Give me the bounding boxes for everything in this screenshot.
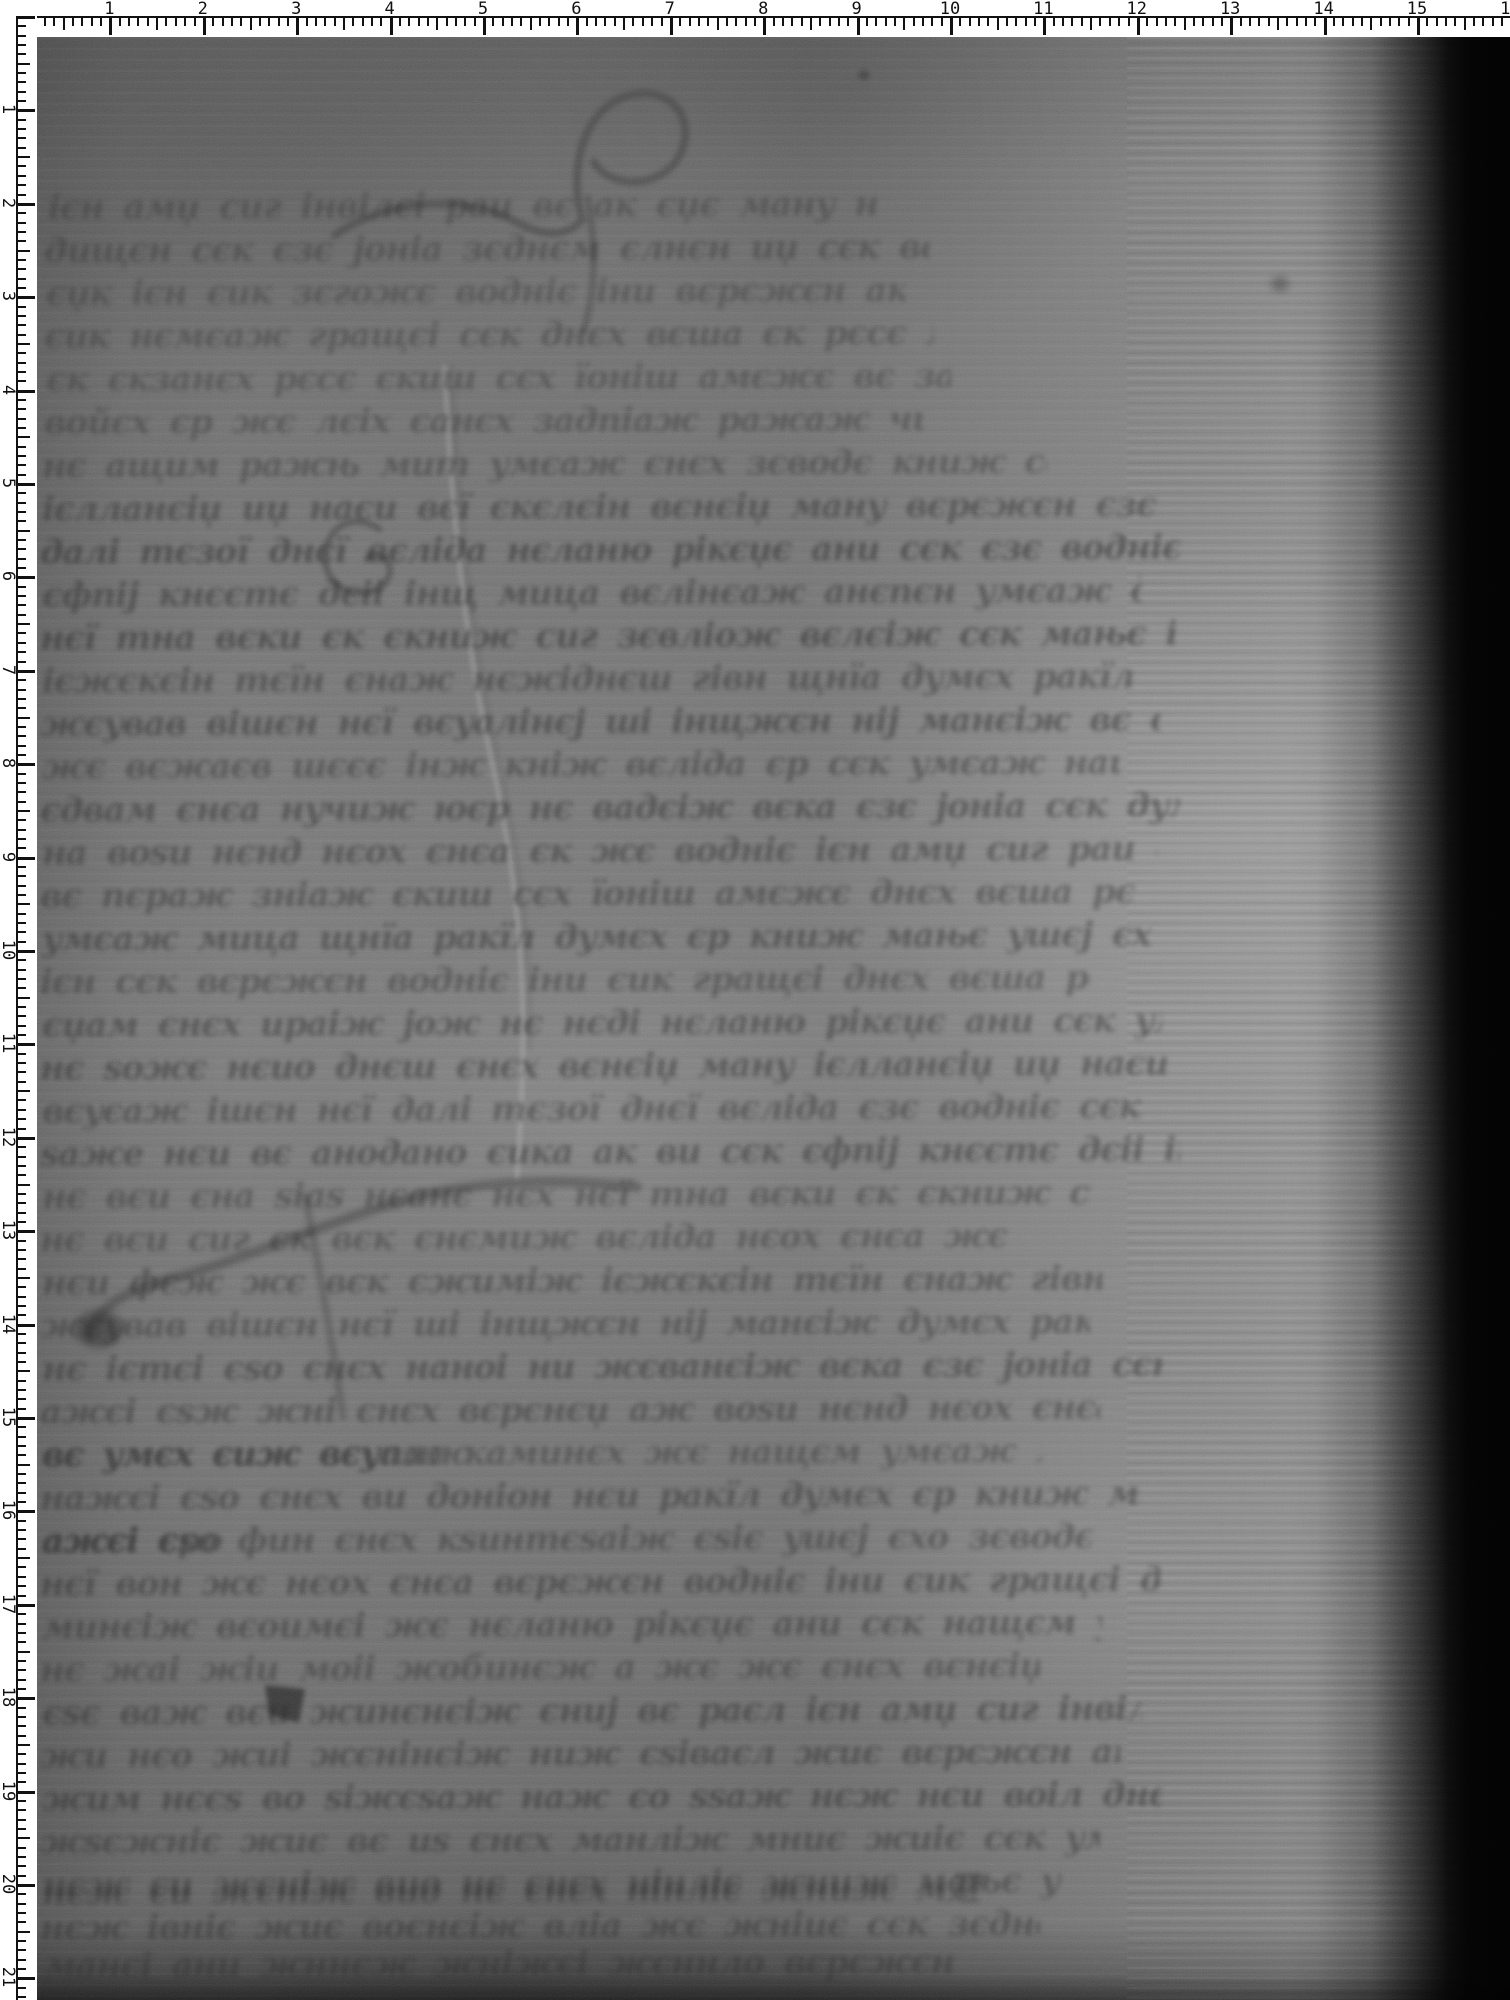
ruler-top-tick	[726, 18, 728, 26]
ruler-top-tick	[1137, 18, 1140, 35]
ruler-left-tick	[18, 1753, 26, 1755]
ruler-left-tick	[18, 1258, 26, 1260]
ruler-left-tick	[18, 1791, 35, 1794]
ruler-left-tick	[18, 520, 26, 522]
ruler-left-tick	[18, 399, 26, 401]
ruler-left-tick	[18, 1165, 26, 1167]
ruler-top-tick	[315, 18, 317, 26]
ruler-top-tick	[1492, 18, 1494, 26]
ruler-top-tick	[119, 18, 121, 26]
ruler-top-tick	[763, 18, 766, 35]
ruler-left-tick	[18, 25, 26, 27]
ruler-top-tick	[1249, 18, 1251, 26]
ruler-left-number: 2	[0, 192, 18, 214]
ruler-left-tick	[18, 427, 26, 429]
ruler-left-tick	[18, 1865, 26, 1867]
ruler-left-tick	[18, 1510, 35, 1513]
ruler-left-tick	[18, 595, 26, 597]
ruler-top-tick	[427, 18, 429, 26]
ruler-top-tick	[1305, 18, 1307, 26]
ruler-top-tick	[745, 18, 747, 26]
ruler-top-tick	[408, 18, 410, 26]
ruler-left-tick	[18, 1809, 26, 1811]
ruler-left-tick	[18, 1819, 26, 1821]
ruler-left-tick	[18, 464, 26, 466]
ruler-top-tick	[1099, 18, 1101, 26]
ruler-top-tick	[1090, 18, 1092, 30]
ruler-top-tick	[567, 18, 569, 26]
ruler-left-tick	[18, 576, 35, 579]
ruler-top-tick	[268, 18, 270, 26]
ruler-left-tick	[18, 1389, 26, 1391]
ruler-top-tick	[1296, 18, 1298, 26]
ruler-left-tick	[18, 651, 26, 653]
ruler-top-number: 16	[1500, 0, 1510, 19]
ruler-left-tick	[18, 408, 26, 410]
ruler-left-tick	[18, 1679, 26, 1681]
ruler-top-tick	[1156, 18, 1158, 26]
ruler-left-tick	[18, 1137, 35, 1140]
ruler-top-tick	[661, 18, 663, 26]
ruler-left-tick	[18, 1604, 35, 1607]
ruler-left-tick	[18, 1015, 26, 1017]
ruler-top-tick	[978, 18, 980, 26]
ruler-left-tick	[18, 1240, 26, 1242]
ruler-left-tick	[18, 1324, 35, 1327]
ruler-left-tick	[18, 1193, 26, 1195]
ruler-left-tick	[18, 1109, 26, 1111]
ruler-top-tick	[819, 18, 821, 26]
ruler-left-tick	[18, 203, 35, 206]
ruler-left-tick	[18, 586, 26, 588]
ruler-top-tick	[642, 18, 644, 26]
ruler-top-number: 15	[1407, 0, 1427, 19]
ruler-left-number: 11	[0, 1032, 18, 1054]
ruler-top-tick	[913, 18, 915, 26]
ruler-left-tick	[18, 717, 30, 719]
ruler-left-tick	[18, 315, 26, 317]
ruler-left-tick	[18, 1697, 35, 1700]
ruler-top-tick	[455, 18, 457, 26]
ruler-top-tick	[1128, 18, 1130, 26]
ruler-top-tick	[1221, 18, 1223, 26]
ruler-left-tick	[18, 1623, 26, 1625]
ruler-left-tick	[18, 1632, 26, 1634]
ruler-left-tick	[18, 1352, 26, 1354]
ruler-left-tick	[18, 735, 26, 737]
ruler-top-tick	[109, 18, 112, 35]
ruler-left-number: 1	[0, 98, 18, 120]
ruler-top-tick	[595, 18, 597, 26]
ruler-top-tick	[203, 18, 206, 35]
ruler-top-tick	[651, 18, 653, 26]
ruler-left-tick	[18, 1847, 26, 1849]
ruler-top-tick	[418, 18, 420, 26]
ruler-top-tick	[511, 18, 513, 26]
ruler-top-tick	[1408, 18, 1410, 26]
ruler-top-number: 7	[665, 0, 675, 19]
ruler-left-tick	[18, 931, 26, 933]
ruler-left-tick	[18, 1641, 26, 1643]
ruler-left-tick	[18, 1716, 26, 1718]
ruler-left-tick	[18, 16, 35, 19]
ruler-top-tick	[1398, 18, 1400, 26]
ruler-left-tick	[18, 1828, 26, 1830]
ruler-left-tick	[18, 642, 26, 644]
ruler-top-tick	[1043, 18, 1046, 35]
ruler-left-tick	[18, 390, 35, 393]
ruler-top-number: 12	[1127, 0, 1147, 19]
ruler-top-tick	[614, 18, 616, 26]
ruler-left-tick	[18, 670, 35, 673]
ruler-top-tick	[399, 18, 401, 26]
ruler-left-tick	[18, 1417, 35, 1420]
ruler-left-tick	[18, 1772, 26, 1774]
ruler-top-tick	[1212, 18, 1214, 26]
ruler-left-number: 21	[0, 1966, 18, 1988]
ruler-top-tick	[1454, 18, 1456, 26]
ruler-left-tick	[18, 1781, 26, 1783]
ruler-top-tick	[1230, 18, 1233, 35]
ruler-top-tick	[922, 18, 924, 26]
ruler-top-tick	[604, 18, 606, 26]
ruler-left-tick	[18, 222, 26, 224]
ruler-left-tick	[18, 334, 26, 336]
ruler-top-tick	[548, 18, 550, 26]
ruler-left-tick	[18, 1053, 26, 1055]
ruler-top-tick	[1015, 18, 1017, 26]
ruler-left-tick	[18, 1034, 26, 1036]
ruler-left-tick	[18, 1081, 26, 1083]
ruler-top-tick	[1193, 18, 1195, 26]
ruler-top-tick	[520, 18, 522, 26]
ruler-left-tick	[18, 1277, 30, 1279]
ruler-top-tick	[128, 18, 130, 26]
ruler-left-tick	[18, 1202, 26, 1204]
ruler-left-tick	[18, 119, 26, 121]
ruler-left-tick	[18, 175, 26, 177]
ruler-top-tick	[212, 18, 214, 26]
ruler-left-tick	[18, 1445, 26, 1447]
ruler-top-tick	[1118, 18, 1120, 26]
ruler-left-tick	[18, 1903, 26, 1905]
ruler-left-tick	[18, 745, 26, 747]
ruler-left-tick	[18, 1884, 35, 1887]
ruler-top-number: 13	[1220, 0, 1240, 19]
ruler-left-tick	[18, 1613, 26, 1615]
ruler-top-tick	[941, 18, 943, 26]
ruler-left-tick	[18, 698, 26, 700]
ruler-top-tick	[250, 18, 252, 30]
ruler-left-tick	[18, 1043, 35, 1046]
ruler-left-number: 5	[0, 472, 18, 494]
ruler-left-tick	[18, 1492, 26, 1494]
ruler-top-tick	[72, 18, 74, 26]
ruler-left-tick	[18, 866, 26, 868]
ruler-left-tick	[18, 1735, 26, 1737]
ruler-left-tick	[18, 352, 26, 354]
ruler-left-tick	[18, 194, 26, 196]
ruler-top-tick	[1286, 18, 1288, 26]
ruler-left-tick	[18, 614, 26, 616]
ruler-top-tick	[1071, 18, 1073, 26]
ruler-top-tick	[1165, 18, 1167, 26]
ruler-top-tick	[492, 18, 494, 26]
ruler-top-tick	[791, 18, 793, 26]
ruler-top-tick	[903, 18, 905, 30]
ruler-top-tick	[1333, 18, 1335, 26]
ruler-left-tick	[18, 1212, 26, 1214]
ruler-left-tick	[18, 903, 30, 905]
ruler-top-tick	[838, 18, 840, 26]
ruler-top-tick	[371, 18, 373, 26]
ruler-left-tick	[18, 857, 35, 860]
ruler-top-number: 10	[940, 0, 960, 19]
ruler-top-tick	[632, 18, 634, 26]
ruler-left-tick	[18, 1585, 26, 1587]
ruler-top-number: 14	[1313, 0, 1333, 19]
ruler-top-tick	[950, 18, 953, 35]
ruler-left-tick	[18, 502, 26, 504]
ruler-top-tick	[287, 18, 289, 26]
ruler-left-tick	[18, 212, 26, 214]
ruler-left-tick	[18, 1987, 26, 1989]
ruler-top-number: 11	[1033, 0, 1053, 19]
ruler-left-tick	[18, 1566, 26, 1568]
ruler-left-tick	[18, 1548, 26, 1550]
ruler-left-tick	[18, 1875, 26, 1877]
ruler-left-tick	[18, 623, 30, 625]
ruler-left-tick	[18, 782, 26, 784]
ruler-left-tick	[18, 1501, 26, 1503]
ruler-top-tick	[137, 18, 139, 26]
ruler-left-tick	[18, 1473, 26, 1475]
ruler-left-tick	[18, 791, 26, 793]
ruler-left: 123456789101112131415161718192021	[0, 0, 37, 2000]
ruler-top-tick	[735, 18, 737, 26]
ruler-top-tick	[1081, 18, 1083, 26]
ruler-left-tick	[18, 165, 26, 167]
ruler-top-tick	[1025, 18, 1027, 26]
ruler-left-tick	[18, 922, 26, 924]
ruler-left-tick	[18, 1576, 26, 1578]
ruler-left-tick	[18, 231, 26, 233]
ruler-left-tick	[18, 1912, 26, 1914]
ruler-left-number: 10	[0, 939, 18, 961]
ruler-left-tick	[18, 567, 26, 569]
ruler-top-tick	[1268, 18, 1270, 26]
ruler-top-tick	[100, 18, 102, 26]
ruler-left-tick	[18, 137, 26, 139]
ruler-left-tick	[18, 894, 26, 896]
ruler-left-tick	[18, 548, 26, 550]
ruler-top-tick	[324, 18, 326, 26]
ruler-left-tick	[18, 1146, 26, 1148]
ruler-left-tick	[18, 1025, 26, 1027]
ruler-left-tick	[18, 801, 26, 803]
ruler-left-number: 12	[0, 1126, 18, 1148]
ruler-left-tick	[18, 91, 26, 93]
ruler-top-tick	[1473, 18, 1475, 26]
ruler-top-tick	[1240, 18, 1242, 26]
ruler-left-tick	[18, 632, 26, 634]
ruler-left-tick	[18, 829, 26, 831]
ruler-left-tick	[18, 53, 26, 55]
ruler-left-tick	[18, 773, 26, 775]
ruler-left-tick	[18, 1333, 26, 1335]
ruler-left-tick	[18, 511, 26, 513]
ruler-left-tick	[18, 1305, 26, 1307]
ruler-left-tick	[18, 492, 26, 494]
ruler-left-tick	[18, 35, 26, 37]
ruler-top-tick	[147, 18, 149, 26]
ruler-top-tick	[474, 18, 476, 26]
ruler-left-tick	[18, 1856, 26, 1858]
ruler-left-tick	[18, 1174, 26, 1176]
ruler-left-tick	[18, 1520, 26, 1522]
ruler-left-tick	[18, 1464, 30, 1466]
ruler-left-tick	[18, 1006, 26, 1008]
ruler-top-tick	[380, 18, 382, 26]
ruler-left-number: 9	[0, 846, 18, 868]
ruler-left-number: 16	[0, 1499, 18, 1521]
ruler-left-tick	[18, 1454, 26, 1456]
ruler-top-tick	[362, 18, 364, 26]
ruler-top-tick	[810, 18, 812, 30]
ruler-left-tick	[18, 1660, 26, 1662]
ruler-left-tick	[18, 1436, 26, 1438]
ruler-left-tick	[18, 1370, 30, 1372]
ruler-left-tick	[18, 1118, 26, 1120]
ruler-top-tick	[184, 18, 186, 26]
ruler-top-tick	[1464, 18, 1466, 30]
ruler-left-tick	[18, 109, 35, 112]
ruler-left-number: 6	[0, 565, 18, 587]
ruler-top-tick	[959, 18, 961, 26]
ruler-top-number: 2	[198, 0, 208, 19]
ruler-left-tick	[18, 1071, 26, 1073]
ruler-top-tick	[1380, 18, 1382, 26]
ruler-left-tick	[18, 1408, 26, 1410]
ruler-left-tick	[18, 1398, 26, 1400]
ruler-top-tick	[997, 18, 999, 30]
ruler-left-number: 14	[0, 1313, 18, 1335]
ruler-left-tick	[18, 885, 26, 887]
ruler-left-tick	[18, 1949, 26, 1951]
ruler-top-number: 5	[478, 0, 488, 19]
ruler-left-tick	[18, 1977, 35, 1980]
ruler-left-tick	[18, 689, 26, 691]
ruler-left-tick	[18, 1800, 26, 1802]
ruler-top-tick	[156, 18, 158, 30]
ruler-left-tick	[18, 978, 26, 980]
ruler-top-tick	[987, 18, 989, 26]
ruler-top-tick	[857, 18, 860, 35]
ruler-left-tick	[18, 539, 26, 541]
ruler-left-tick	[18, 81, 26, 83]
ruler-left-tick	[18, 324, 26, 326]
ruler-left-tick	[18, 268, 26, 270]
ruler-left-tick	[18, 343, 30, 345]
ruler-top-number: 4	[384, 0, 394, 19]
ruler-left-tick	[18, 987, 26, 989]
ruler-top-tick	[1501, 18, 1503, 26]
ruler-top-tick	[259, 18, 261, 26]
ruler-top-tick	[931, 18, 933, 26]
ruler-left-tick	[18, 371, 26, 373]
ruler-top-tick	[1146, 18, 1148, 26]
ruler-top-tick	[334, 18, 336, 26]
ruler-left-tick	[18, 296, 35, 299]
ruler-left-tick	[18, 810, 30, 812]
ruler-left-number: 4	[0, 379, 18, 401]
ruler-left-tick	[18, 707, 26, 709]
ruler-left-tick	[18, 63, 30, 65]
ruler-left-tick	[18, 1099, 26, 1101]
ruler-left-tick	[18, 1688, 26, 1690]
ruler-top-tick	[679, 18, 681, 26]
ruler-top-tick	[1258, 18, 1260, 26]
ruler-left-tick	[18, 1959, 26, 1961]
ruler-left-tick	[18, 969, 26, 971]
ruler-left-tick	[18, 838, 26, 840]
ruler-left-tick	[18, 1538, 26, 1540]
ruler-top-tick	[707, 18, 709, 26]
ruler-top-tick	[558, 18, 560, 26]
ruler-left-tick	[18, 1286, 26, 1288]
ruler-left-tick	[18, 100, 26, 102]
ruler-left-tick	[18, 847, 26, 849]
ruler-top-tick	[866, 18, 868, 26]
ruler-top-tick	[1053, 18, 1055, 26]
ruler-top-tick	[1006, 18, 1008, 26]
ruler-top-tick	[847, 18, 849, 26]
ruler-left-tick	[18, 1996, 26, 1998]
ruler-top-number: 1	[104, 0, 114, 19]
ruler-top-tick	[194, 18, 196, 26]
ruler-top-tick	[502, 18, 504, 26]
ruler-top-tick	[801, 18, 803, 26]
ruler-top-tick	[1417, 18, 1420, 35]
ruler-left-number: 17	[0, 1593, 18, 1615]
ruler-top-tick	[464, 18, 466, 26]
ruler-left-tick	[18, 959, 26, 961]
ruler-top-number: 8	[758, 0, 768, 19]
ruler-top-number: 3	[291, 0, 301, 19]
ruler-left-number: 18	[0, 1686, 18, 1708]
ruler-left-tick	[18, 1529, 26, 1531]
ruler-left-tick	[18, 1482, 26, 1484]
ruler-top-tick	[1109, 18, 1111, 26]
ruler-left-tick	[18, 763, 35, 766]
ruler-left-tick	[18, 287, 26, 289]
ruler-top-tick	[1324, 18, 1327, 35]
ruler-left-tick	[18, 380, 26, 382]
manuscript-scan-page: ієн амџ сиг інвілєі раи вє ак єџє ману н…	[0, 0, 1510, 2000]
ruler-top-tick	[44, 18, 46, 26]
ruler-left-tick	[18, 913, 26, 915]
ruler-left-number: 13	[0, 1219, 18, 1241]
ruler-top-tick	[754, 18, 756, 26]
ruler-left-tick	[18, 1184, 30, 1186]
ruler-left-tick	[18, 1296, 26, 1298]
ruler-top-number: 9	[851, 0, 861, 19]
ruler-top-tick	[875, 18, 877, 26]
ruler-top-tick	[670, 18, 673, 35]
ruler-left-tick	[18, 1931, 30, 1933]
ruler-top-tick	[81, 18, 83, 26]
ruler-left-tick	[18, 446, 26, 448]
